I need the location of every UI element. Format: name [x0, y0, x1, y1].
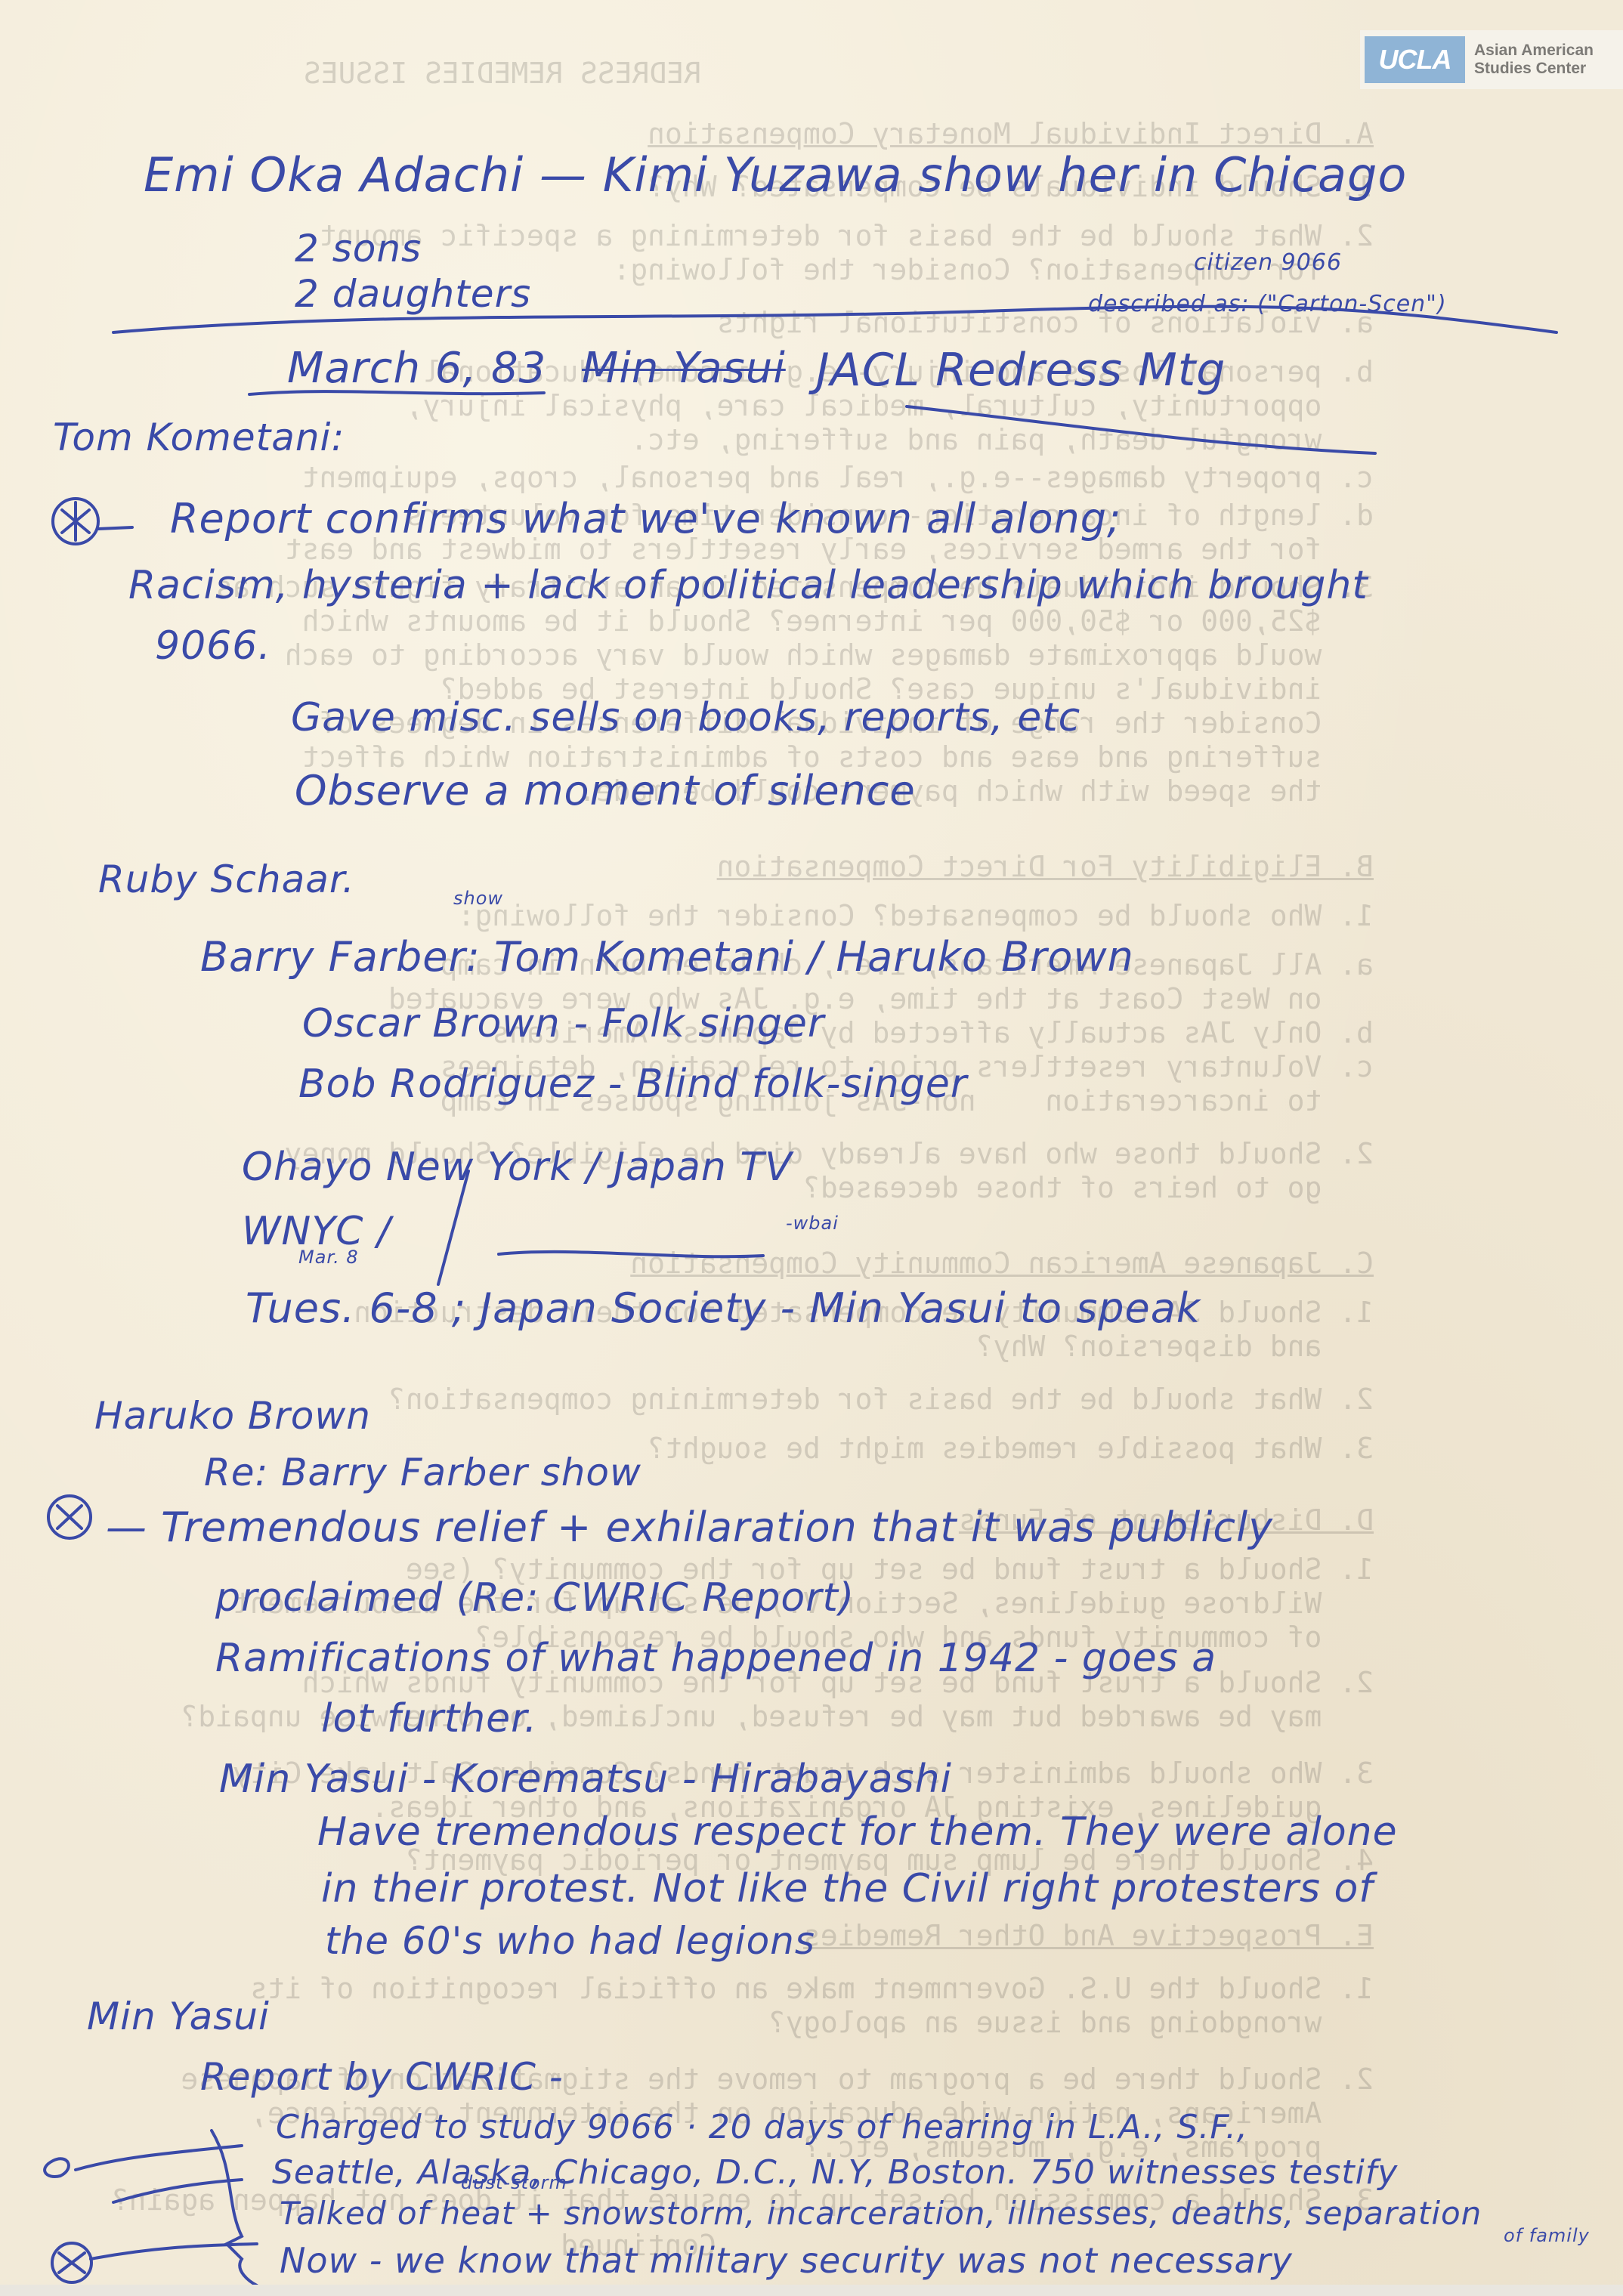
ucla-aasc-logo: UCLA Asian American Studies Center [1360, 30, 1623, 89]
dust-storm-annotation: dust-storm [461, 2172, 567, 2193]
speaker-3-re: Re: Barry Farber show [204, 1451, 641, 1494]
speaker-1-sub: Gave misc. sells on books, reports, etc [291, 695, 1080, 740]
speaker-3-line: the 60's who had legions [325, 1919, 815, 1963]
logo-line-1: Asian American [1474, 42, 1594, 60]
page-bottom-edge [0, 2285, 1623, 2296]
children-daughters: 2 daughters [295, 272, 531, 316]
mar8-annotation: Mar. 8 [298, 1247, 359, 1268]
speaker-3-name: Haruko Brown [94, 1394, 371, 1438]
speaker-2-line: Bob Rodriguez - Blind folk-singer [298, 1061, 967, 1107]
meeting-date: March 6, 83 [287, 344, 546, 393]
speaker-1-line: 9066. [155, 623, 271, 669]
speaker-3-line: Ramifications of what happened in 1942 -… [215, 1636, 1216, 1681]
meeting-struck-name: Min Yasui [582, 344, 786, 393]
children-sons: 2 sons [295, 227, 422, 270]
speaker-3-line: Have tremendous respect for them. They w… [317, 1809, 1398, 1855]
speaker-4-line: Seattle, Alaska, Chicago, D.C., N.Y, Bos… [272, 2153, 1398, 2192]
speaker-1-line: Racism, hysteria + lack of political lea… [128, 563, 1368, 608]
speaker-2-line: Tues. 6-8 ; Japan Society - Min Yasui to… [246, 1284, 1201, 1332]
speaker-4-line: Talked of heat + snowstorm, incarceratio… [280, 2195, 1482, 2232]
speaker-2-line: Barry Farber: Tom Kometani / Haruko Brow… [200, 933, 1134, 981]
speaker-1-name: Tom Kometani: [53, 416, 345, 459]
speaker-3-line: — Tremendous relief + exhilaration that … [106, 1503, 1273, 1551]
speaker-4-line: Charged to study 9066 · 20 days of heari… [276, 2108, 1248, 2146]
speaker-3-line: proclaimed (Re: CWRIC Report) [215, 1575, 855, 1621]
ucla-logo-mark: UCLA [1365, 36, 1465, 83]
speaker-1-line: Report confirms what we've known all alo… [170, 495, 1121, 542]
logo-text: Asian American Studies Center [1465, 30, 1594, 89]
speaker-2-line: Oscar Brown - Folk singer [302, 1001, 824, 1046]
citizen-note: citizen 9066 [1194, 249, 1342, 276]
meeting-title: JACL Redress Mtg [816, 344, 1226, 397]
speaker-3-line: Min Yasui - Korematsu - Hirabayashi [219, 1757, 952, 1802]
show-annotation: show [453, 888, 503, 909]
speaker-4-name: Min Yasui [87, 1995, 270, 2038]
header-line: Emi Oka Adachi — Kimi Yuzawa show her in… [144, 147, 1407, 202]
wbai-annotation: -wbai [786, 1213, 839, 1234]
speaker-3-line: in their protest. Not like the Civil rig… [321, 1866, 1374, 1911]
speaker-3-line: lot further. [321, 1696, 537, 1741]
of-family-annotation: of family [1504, 2225, 1590, 2246]
speaker-4-line: Report by CWRIC - [200, 2055, 564, 2099]
described-note: described as: ("Carton-Scen") [1088, 291, 1447, 317]
speaker-1-sub: Observe a moment of silence [295, 767, 916, 814]
speaker-4-line: Now - we know that military security was… [280, 2240, 1293, 2281]
speaker-2-line: Ohayo New York / Japan TV [242, 1145, 793, 1190]
speaker-2-name: Ruby Schaar. [98, 858, 355, 901]
logo-line-2: Studies Center [1474, 60, 1594, 78]
